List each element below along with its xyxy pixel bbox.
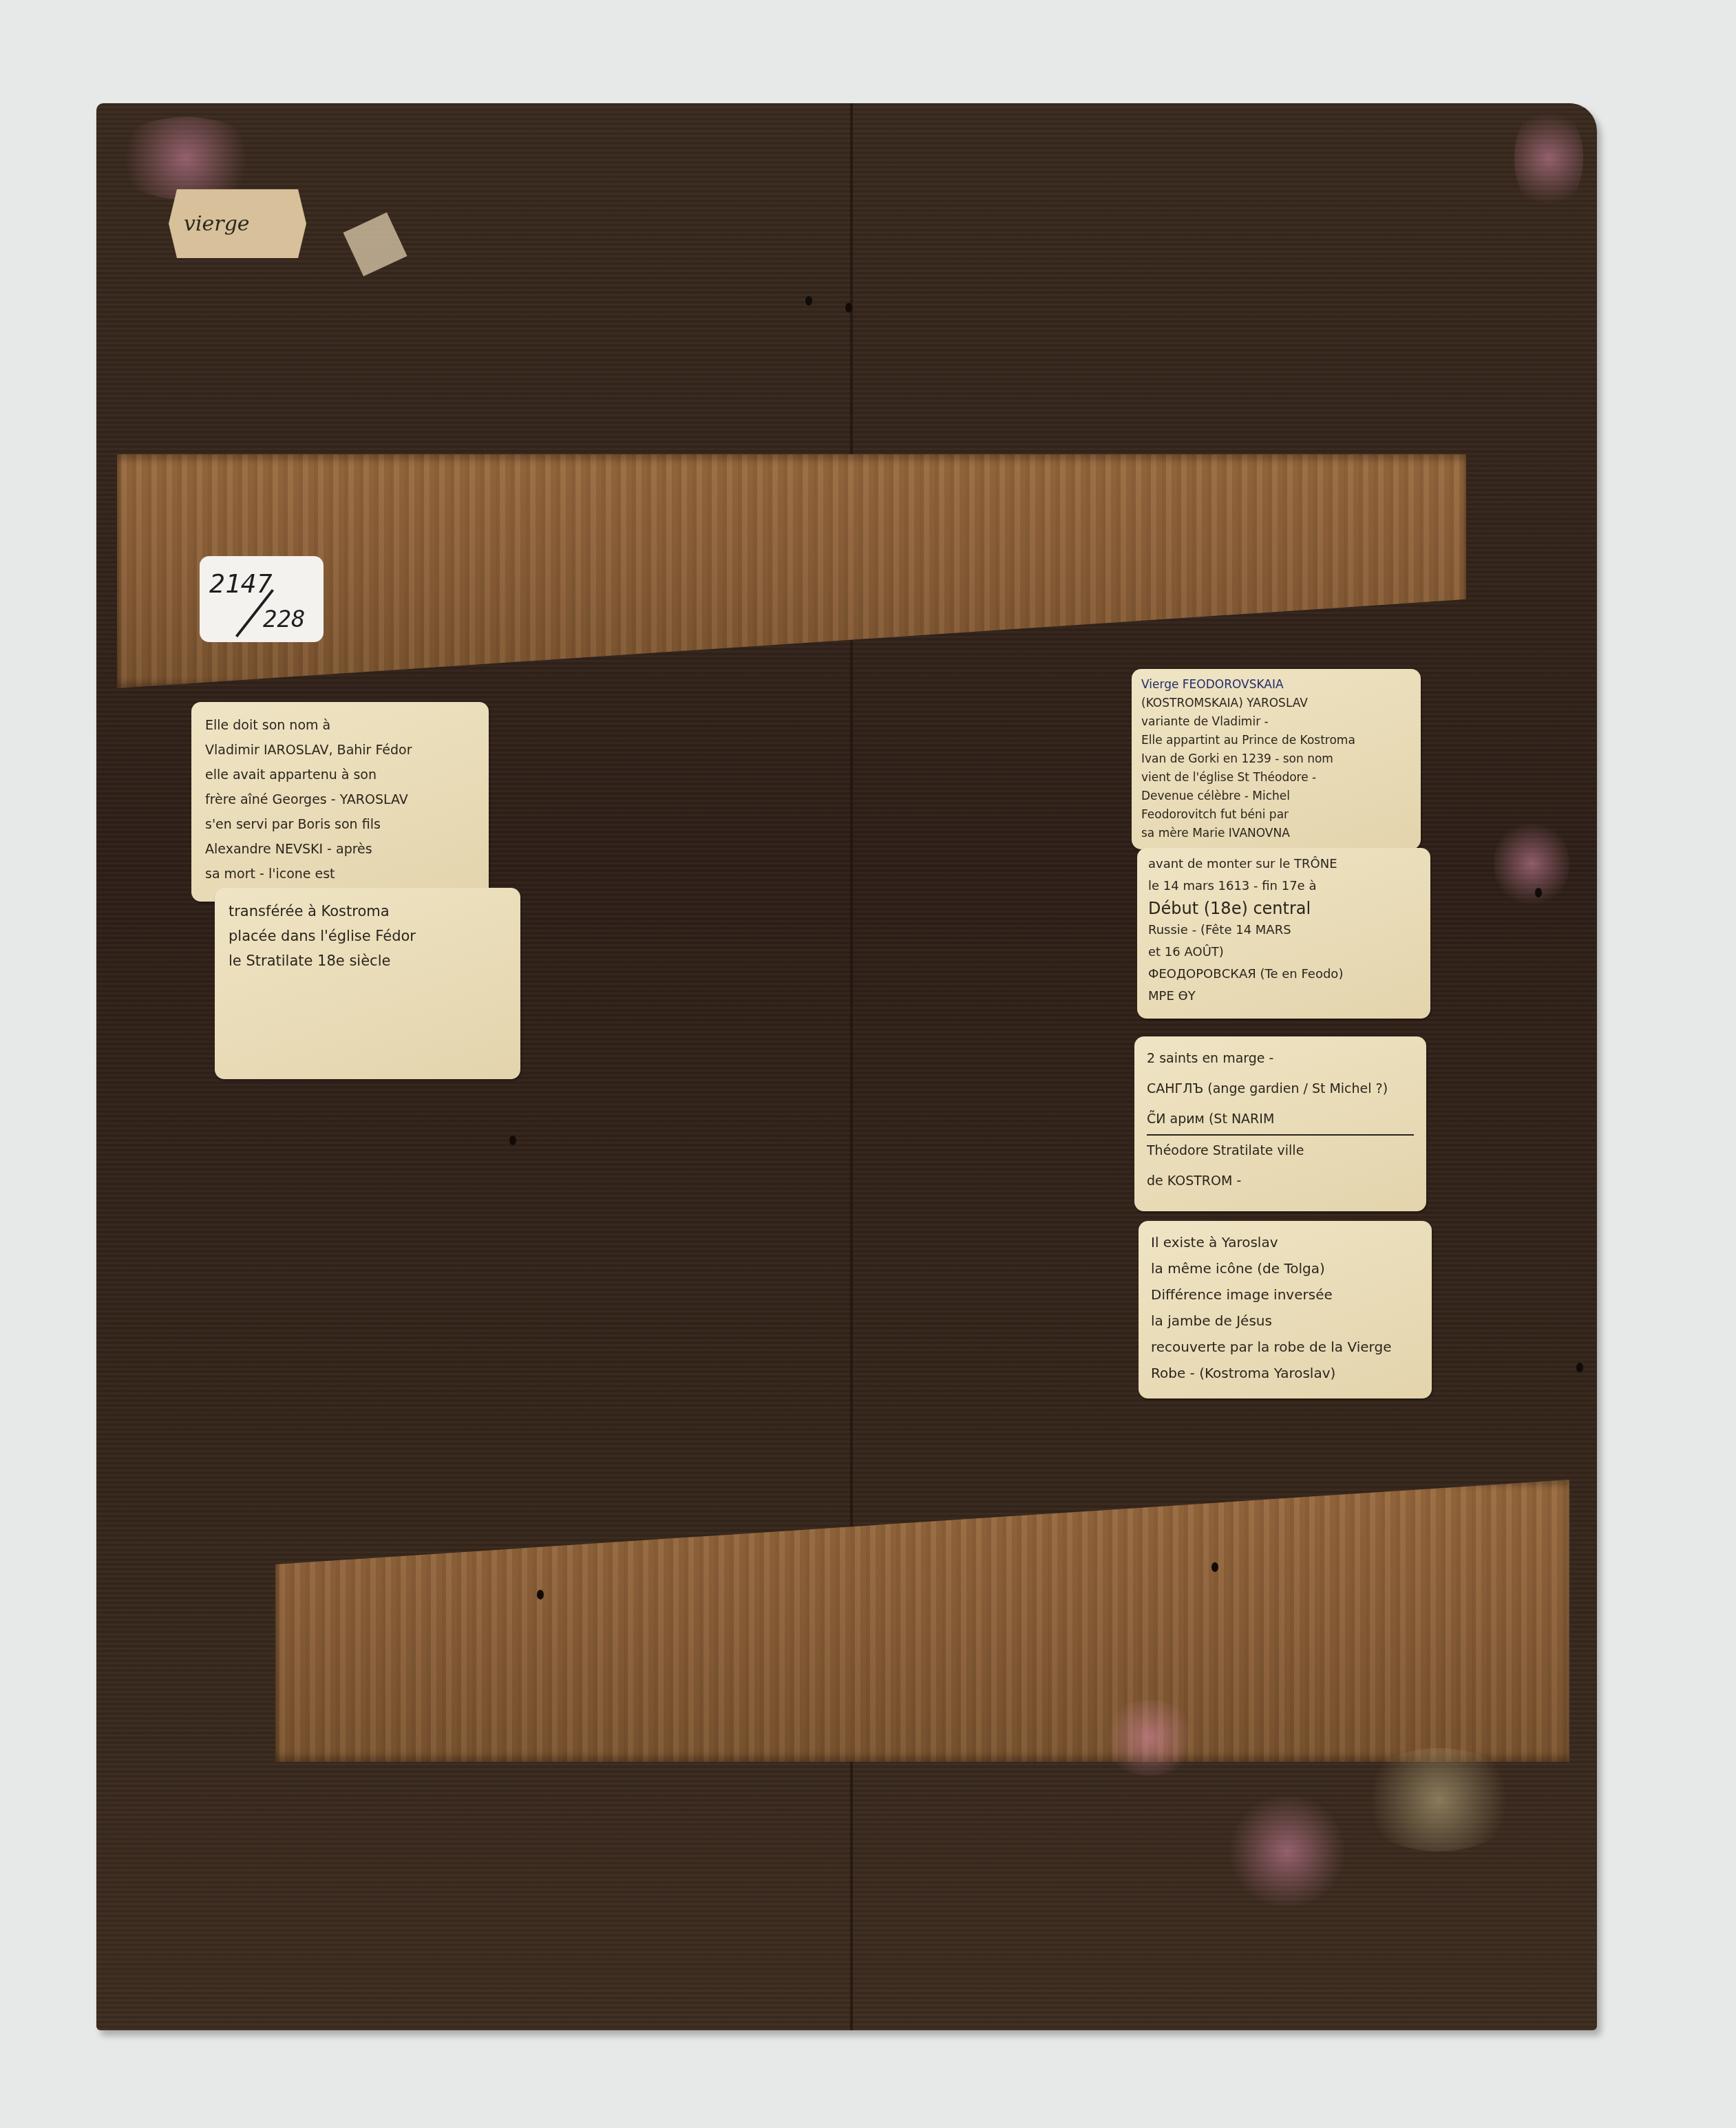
label-left-upper: Elle doit son nom à Vladimir IAROSLAV, B… xyxy=(191,702,489,902)
nail-hole xyxy=(805,296,812,306)
lower-cleat-channel xyxy=(275,1480,1569,1762)
inventory-numerator: 2147 xyxy=(209,568,273,599)
pink-residue xyxy=(1494,819,1569,908)
nail-hole xyxy=(509,1136,516,1145)
vierge-tag: vierge xyxy=(169,189,306,258)
pink-residue xyxy=(1225,1796,1349,1906)
pink-residue xyxy=(1101,1700,1198,1776)
inventory-number-label: 2147 228 xyxy=(200,556,324,642)
label-left-lower: transférée à Kostroma placée dans l'égli… xyxy=(215,888,520,1079)
nail-hole xyxy=(1576,1363,1583,1372)
label-right-4: Il existe à Yaroslav la même icône (de T… xyxy=(1139,1221,1432,1398)
label-right-1: Vierge FEODOROVSKAIA (KOSTROMSKAIA) YARO… xyxy=(1132,669,1421,849)
nail-hole xyxy=(845,303,852,312)
worn-patch xyxy=(1356,1748,1521,1851)
label-right-3: 2 saints en marge - САНГЛЪ (ange gardien… xyxy=(1134,1036,1426,1211)
inventory-denominator: 228 xyxy=(263,606,305,633)
pink-residue xyxy=(1514,103,1583,213)
label-right-2: avant de monter sur le TRÔNE le 14 mars … xyxy=(1137,848,1430,1019)
pink-residue xyxy=(110,117,262,200)
nail-hole xyxy=(1535,888,1542,897)
nail-hole xyxy=(1211,1562,1218,1572)
nail-hole xyxy=(537,1590,544,1599)
